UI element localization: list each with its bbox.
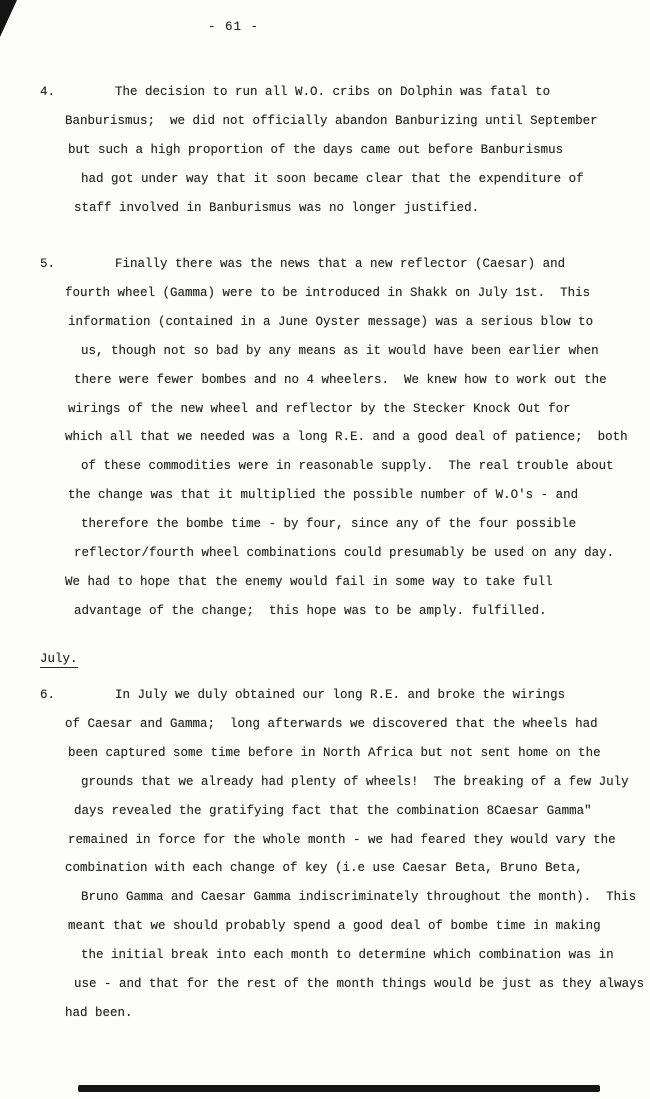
paragraph-5: 5. Finally there was the news that a new…	[74, 250, 636, 626]
text-line: the change was that it multiplied the po…	[68, 481, 636, 510]
text-line: wirings of the new wheel and reflector b…	[68, 395, 636, 424]
paragraph-4-lines: The decision to run all W.O. cribs on Do…	[74, 78, 636, 223]
scan-artifact-corner	[0, 0, 17, 37]
text-line: which all that we needed was a long R.E.…	[65, 423, 636, 452]
paragraph-6: 6. In July we duly obtained our long R.E…	[74, 681, 636, 1028]
document-page: - 61 - 4. The decision to run all W.O. c…	[0, 0, 650, 1099]
paragraph-4-number: 4.	[40, 78, 55, 107]
text-line: In July we duly obtained our long R.E. a…	[74, 681, 636, 710]
scan-artifact-bottom-bar	[78, 1085, 600, 1092]
text-line: fourth wheel (Gamma) were to be introduc…	[65, 279, 636, 308]
text-line: had been.	[65, 999, 636, 1028]
text-line: the initial break into each month to det…	[81, 941, 636, 970]
text-line: information (contained in a June Oyster …	[68, 308, 636, 337]
text-line: had got under way that it soon became cl…	[81, 165, 636, 194]
text-line: combination with each change of key (i.e…	[65, 854, 636, 883]
page-number: - 61 -	[208, 20, 259, 34]
text-line: staff involved in Banburismus was no lon…	[74, 194, 636, 223]
text-line: use - and that for the rest of the month…	[74, 970, 636, 999]
section-heading-text: July.	[40, 652, 78, 668]
text-line: grounds that we already had plenty of wh…	[81, 768, 636, 797]
text-line: We had to hope that the enemy would fail…	[65, 568, 636, 597]
text-line: Bruno Gamma and Caesar Gamma indiscrimin…	[81, 883, 636, 912]
text-line: remained in force for the whole month - …	[68, 826, 636, 855]
text-line: there were fewer bombes and no 4 wheeler…	[74, 366, 636, 395]
text-line: us, though not so bad by any means as it…	[81, 337, 636, 366]
text-line: reflector/fourth wheel combinations coul…	[74, 539, 636, 568]
text-line: The decision to run all W.O. cribs on Do…	[74, 78, 636, 107]
text-line: days revealed the gratifying fact that t…	[74, 797, 636, 826]
paragraph-6-lines: In July we duly obtained our long R.E. a…	[74, 681, 636, 1028]
text-line: but such a high proportion of the days c…	[68, 136, 636, 165]
text-line: of Caesar and Gamma; long afterwards we …	[65, 710, 636, 739]
text-line: Banburismus; we did not officially aband…	[65, 107, 636, 136]
paragraph-5-lines: Finally there was the news that a new re…	[74, 250, 636, 626]
paragraph-6-number: 6.	[40, 681, 55, 710]
text-line: advantage of the change; this hope was t…	[74, 597, 636, 626]
text-line: therefore the bombe time - by four, sinc…	[81, 510, 636, 539]
text-line: Finally there was the news that a new re…	[74, 250, 636, 279]
text-line: meant that we should probably spend a go…	[68, 912, 636, 941]
section-heading-july: July.	[40, 650, 78, 668]
text-line: of these commodities were in reasonable …	[81, 452, 636, 481]
paragraph-4: 4. The decision to run all W.O. cribs on…	[74, 78, 636, 223]
text-line: been captured some time before in North …	[68, 739, 636, 768]
paragraph-5-number: 5.	[40, 250, 55, 279]
